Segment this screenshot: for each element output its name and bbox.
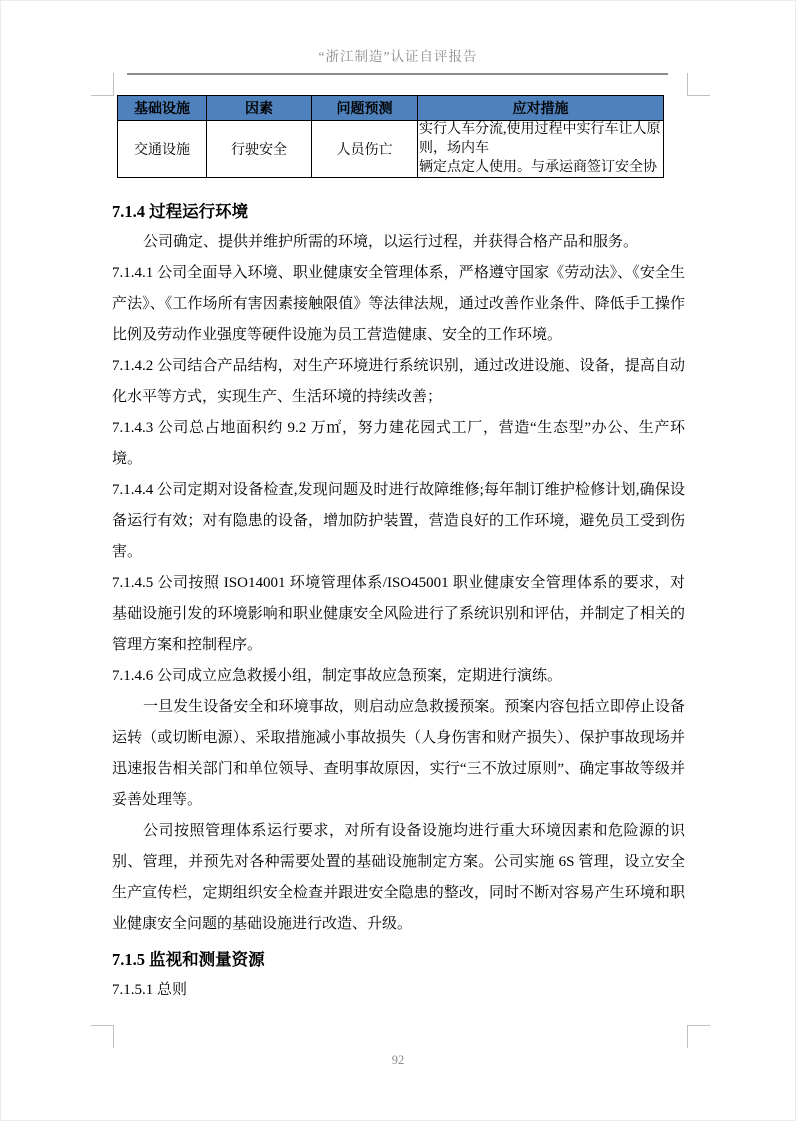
table-header-row: 基础设施 因素 问题预测 应对措施 xyxy=(118,96,664,121)
measures-line: 辆定点定人使用。与承运商签订安全协 xyxy=(419,159,663,178)
paragraph: 7.1.4.5 公司按照 ISO14001 环境管理体系/ISO45001 职业… xyxy=(112,568,685,661)
paragraph: 一旦发生设备安全和环境事故，则启动应急救援预案。预案内容包括立即停止设备运转（或… xyxy=(112,692,685,816)
cell-prediction: 人员伤亡 xyxy=(312,121,418,178)
paragraph: 7.1.4.6 公司成立应急救援小组，制定事故应急预案，定期进行演练。 xyxy=(112,661,685,692)
measures-line: 实行人车分流,使用过程中实行车让人原 xyxy=(419,121,663,140)
paragraph: 7.1.4.2 公司结合产品结构，对生产环境进行系统识别，通过改进设施、设备，提… xyxy=(112,351,685,413)
section-heading-7-1-5: 7.1.5 监视和测量资源 xyxy=(112,945,685,975)
column-header-infrastructure: 基础设施 xyxy=(118,96,207,121)
cell-measures: 实行人车分流,使用过程中实行车让人原 则，场内车 辆定点定人使用。与承运商签订安… xyxy=(418,121,664,178)
column-header-countermeasures: 应对措施 xyxy=(418,96,664,121)
header-rule xyxy=(127,73,668,75)
cell-factor: 行驶安全 xyxy=(207,121,312,178)
crop-mark-top-left xyxy=(91,73,114,96)
cell-facility: 交通设施 xyxy=(118,121,207,178)
paragraph: 7.1.4.3 公司总占地面积约 9.2 万㎡，努力建花园式工厂，营造“生态型”… xyxy=(112,413,685,475)
crop-mark-top-right xyxy=(687,73,710,96)
column-header-problem-prediction: 问题预测 xyxy=(312,96,418,121)
page-number: 92 xyxy=(0,1053,796,1068)
crop-mark-bottom-right xyxy=(687,1025,710,1048)
section-heading-7-1-4: 7.1.4 过程运行环境 xyxy=(112,197,685,227)
column-header-factor: 因素 xyxy=(207,96,312,121)
paragraph: 7.1.4.1 公司全面导入环境、职业健康安全管理体系，严格遵守国家《劳动法》、… xyxy=(112,258,685,351)
table-row: 交通设施 行驶安全 人员伤亡 实行人车分流,使用过程中实行车让人原 则，场内车 … xyxy=(118,121,664,178)
document-page: “浙江制造”认证自评报告 基础设施 因素 问题预测 应对措施 交通设施 行驶安全… xyxy=(0,0,796,1121)
paragraph: 公司按照管理体系运行要求，对所有设备设施均进行重大环境因素和危险源的识别、管理，… xyxy=(112,816,685,940)
paragraph: 7.1.5.1 总则 xyxy=(112,975,685,1006)
document-body: 7.1.4 过程运行环境 公司确定、提供并维护所需的环境，以运行过程，并获得合格… xyxy=(112,197,685,1006)
paragraph: 7.1.4.4 公司定期对设备检查,发现问题及时进行故障维修;每年制订维护检修计… xyxy=(112,475,685,568)
document-header-title: “浙江制造”认证自评报告 xyxy=(0,45,796,65)
infrastructure-risk-table: 基础设施 因素 问题预测 应对措施 交通设施 行驶安全 人员伤亡 实行人车分流,… xyxy=(117,95,664,178)
paragraph: 公司确定、提供并维护所需的环境，以运行过程，并获得合格产品和服务。 xyxy=(112,227,685,258)
measures-line: 则，场内车 xyxy=(419,140,663,159)
crop-mark-bottom-left xyxy=(91,1025,114,1048)
